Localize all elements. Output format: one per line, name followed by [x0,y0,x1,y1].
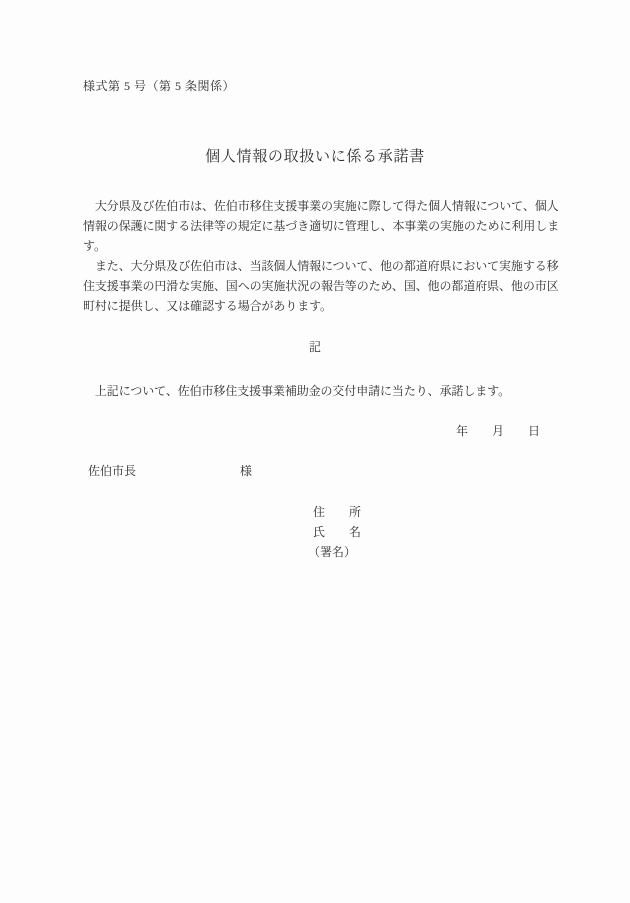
signature-label: （署名） [308,542,356,562]
address-label: 住 所 [313,502,361,522]
paragraph-1-line-2: 情報の保護に関する法律等の規定に基づき適切に管理し、本事業の実施のために利用しま [83,216,557,236]
paragraph-2-line-2: 住支援事業の円滑な実施、国への実施状況の報告等のため、国、他の都道府県、他の市区 [83,276,557,296]
document-page: 様式第 5 号（第 5 条関係） 個人情報の取扱いに係る承諾書 大分県及び佐伯市… [0,0,630,903]
body-paragraphs: 大分県及び佐伯市は、佐伯市移住支援事業の実施に際して得た個人情報について、個人 … [83,196,557,316]
paragraph-2-line-3: 町村に提供し、又は確認する場合があります。 [83,296,557,316]
record-marker: 記 [0,337,630,357]
paragraph-1-line-3: す。 [83,236,557,256]
paragraph-2-line-1: また、大分県及び佐伯市は、当該個人情報について、他の都道府県において実施する移 [83,256,557,276]
addressee-name: 佐伯市長 [88,464,136,478]
date-line: 年 月 日 [456,421,540,441]
addressee-line: 佐伯市長 様 [88,461,388,481]
document-title: 個人情報の取扱いに係る承諾書 [0,146,630,168]
paragraph-1-line-1: 大分県及び佐伯市は、佐伯市移住支援事業の実施に際して得た個人情報について、個人 [83,196,557,216]
consent-statement: 上記について、佐伯市移住支援事業補助金の交付申請に当たり、承諾します。 [83,381,510,401]
name-label: 氏 名 [313,522,361,542]
form-number: 様式第 5 号（第 5 条関係） [83,76,235,96]
addressee-honorific: 様 [240,461,252,481]
